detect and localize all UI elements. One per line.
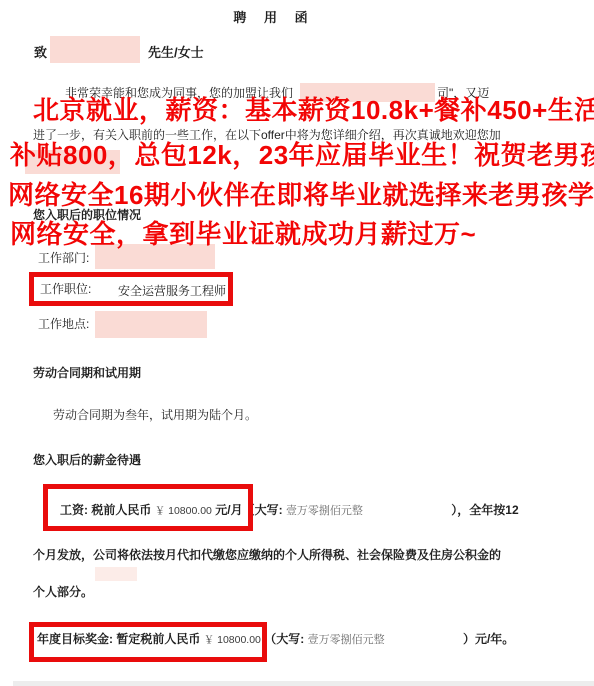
deduction-line-2: 个人部分。 xyxy=(33,585,93,600)
bonus-tail: ）元/年。 xyxy=(463,632,514,646)
highlight-box-job-title xyxy=(29,272,233,306)
bonus-amount-caps: 壹万零捌佰元整 xyxy=(308,634,385,646)
contract-term-text: 劳动合同期为叁年，试用期为陆个月。 xyxy=(53,408,257,423)
salutation-prefix: 致 xyxy=(34,45,47,61)
promo-overlay-line-4: 网络安全，拿到毕业证就成功月薪过万~ xyxy=(10,220,476,249)
wage-tail: ），全年按12 xyxy=(451,503,518,517)
section-heading-salary: 您入职后的薪金待遇 xyxy=(33,453,141,468)
department-label: 工作部门: xyxy=(38,251,89,266)
redaction-location-value xyxy=(95,311,207,338)
promo-overlay-line-1: 北京就业，薪资：基本薪资10.8k+餐补450+生活 xyxy=(33,96,594,125)
bonus-caps-label: （大写: xyxy=(264,632,304,646)
section-heading-contract: 劳动合同期和试用期 xyxy=(33,366,141,381)
document-title: 聘 用 函 xyxy=(0,10,548,26)
page-bottom-divider xyxy=(13,681,594,686)
highlight-box-bonus xyxy=(29,622,267,662)
deduction-line-1: 个月发放，公司将依法按月代扣代缴您应缴纳的个人所得税、社会保险费及住房公积金的 xyxy=(33,548,501,563)
promo-overlay-line-2: 补贴800，总包12k，23年应届毕业生！祝贺老男孩 xyxy=(10,141,594,170)
wage-amount-caps: 壹万零捌佰元整 xyxy=(286,505,363,517)
salutation-suffix: 先生/女士 xyxy=(148,45,204,61)
location-label: 工作地点: xyxy=(38,317,89,332)
redaction-faint xyxy=(95,567,137,581)
offer-letter-document: 聘 用 函 致 先生/女士 非常荣幸能和您成为同事，您的加盟让我们 司"，又迈 … xyxy=(0,0,594,686)
promo-overlay-line-3: 网络安全16期小伙伴在即将毕业就选择来老男孩学习 xyxy=(8,181,594,210)
highlight-box-wage xyxy=(43,484,253,531)
redaction-recipient-name xyxy=(50,36,140,63)
